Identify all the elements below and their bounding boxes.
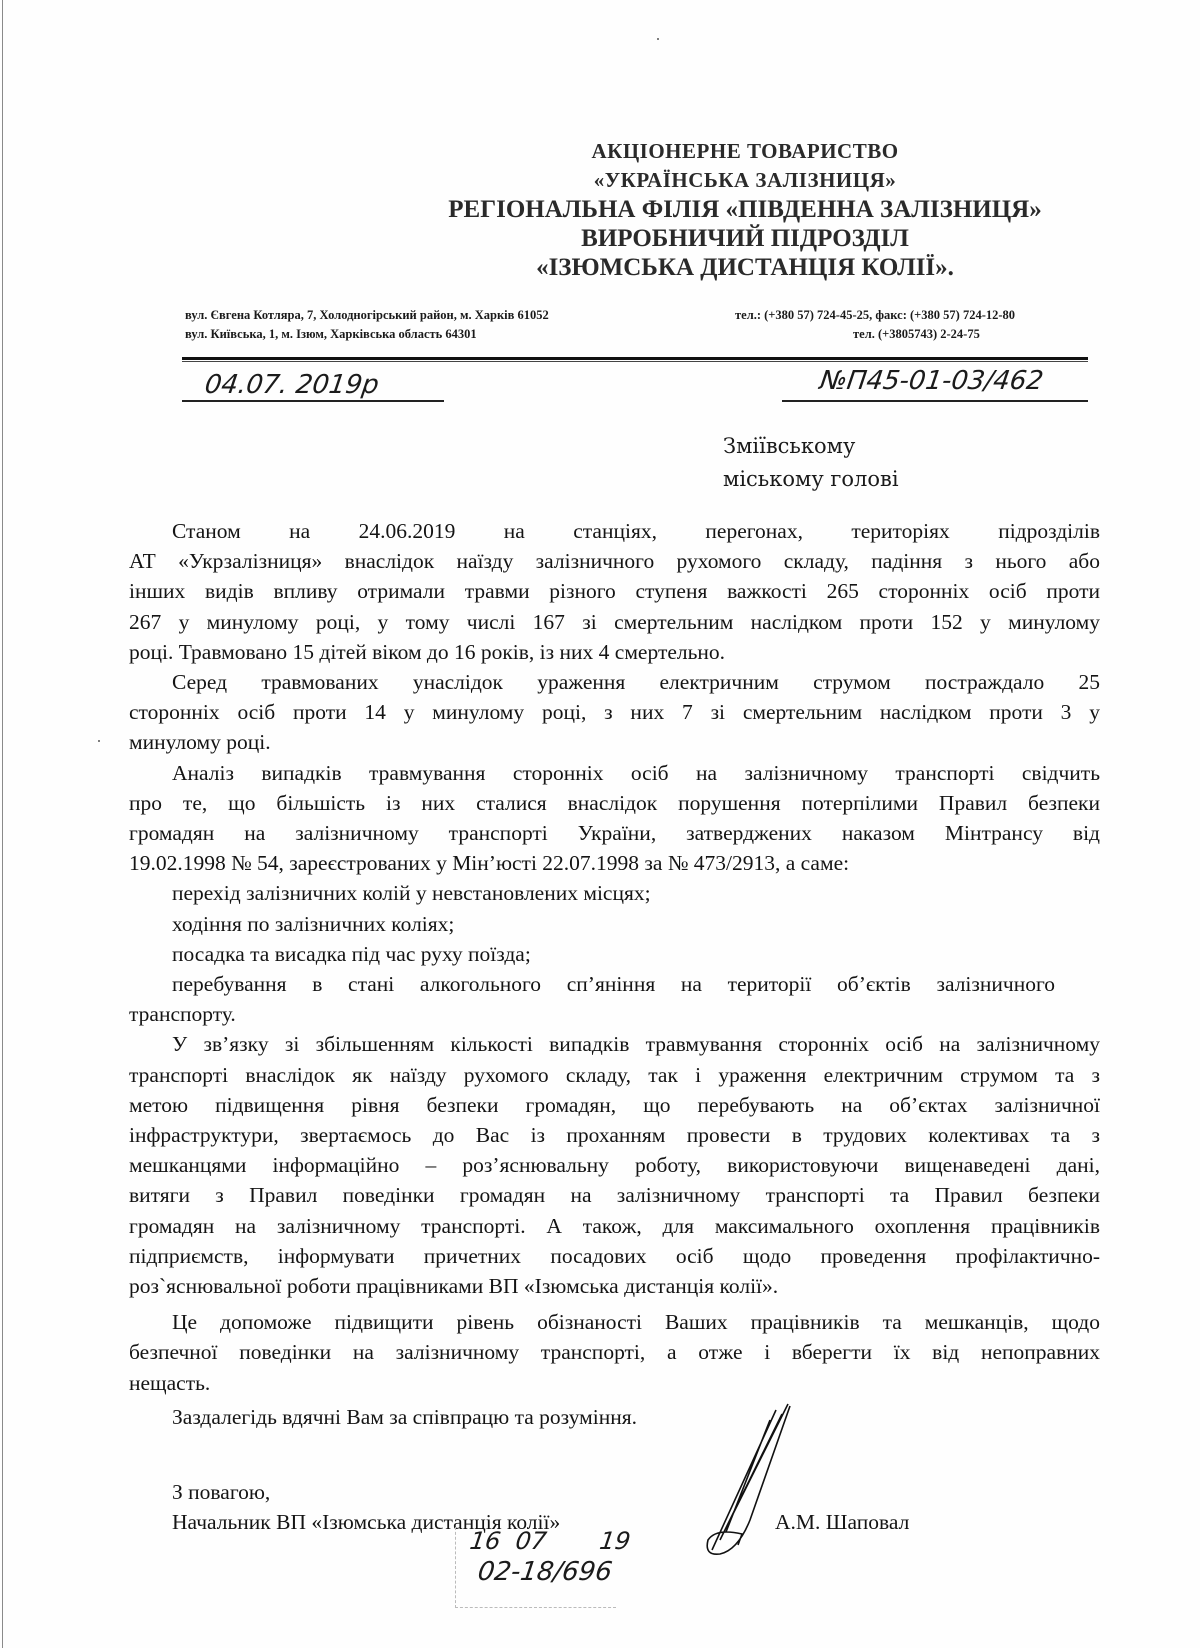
body-p4-line: підприємств, інформувати причетних посад… xyxy=(129,1241,1100,1271)
body-p3-line: громадян на залізничному транспорті Укра… xyxy=(129,818,1100,848)
phone-fax: тел.: (+380 57) 724-45-25, факс: (+380 5… xyxy=(735,308,1015,323)
letterhead-divider xyxy=(182,357,1088,360)
body-thanks: Заздалегідь вдячні Вам за співпрацю та р… xyxy=(172,1402,1100,1432)
address-kharkiv: вул. Євгена Котляра, 7, Холодногірський … xyxy=(185,308,549,323)
address-izium: вул. Київська, 1, м. Ізюм, Харківська об… xyxy=(185,327,477,342)
closing: З повагою, xyxy=(172,1480,270,1505)
violation-list-tail: транспорту. xyxy=(129,999,1100,1029)
body-p1-line: Станом на 24.06.2019 на станціях, перего… xyxy=(172,516,1100,546)
body-p4-line: громадян на залізничному транспорті. А т… xyxy=(129,1211,1100,1241)
body-p2-line: минулому році. xyxy=(129,727,1100,757)
body-p3-line: Аналіз випадків травмування сторонніх ос… xyxy=(172,758,1100,788)
number-underline xyxy=(782,400,1088,402)
body-p1-line: АТ «Укрзалізниця» внаслідок наїзду заліз… xyxy=(129,546,1100,576)
addressee-line-1: Зміївському xyxy=(723,430,899,463)
violation-list-item: посадка та висадка під час руху поїзда; xyxy=(172,939,1100,969)
letterhead: АКЦІОНЕРНЕ ТОВАРИСТВО «УКРАЇНСЬКА ЗАЛІЗН… xyxy=(400,137,1090,282)
addressee: Зміївському міському голові xyxy=(723,430,899,496)
handwritten-number: №П45-01-03/462 xyxy=(818,366,1045,396)
body-p3-line: 19.02.1998 № 54, зареєстрованих у Мін’юс… xyxy=(129,848,1100,878)
date-underline xyxy=(182,400,444,402)
violation-list-item: перебування в стані алкогольного сп’янін… xyxy=(172,969,1055,999)
letterhead-line-5: «ІЗЮМСЬКА ДИСТАНЦІЯ КОЛІЇ». xyxy=(400,253,1090,282)
letterhead-line-1: АКЦІОНЕРНЕ ТОВАРИСТВО xyxy=(400,137,1090,166)
body-p4-line: метою підвищення рівня безпеки громадян,… xyxy=(129,1090,1100,1120)
letterhead-divider-thin xyxy=(182,361,1088,362)
body-p5-line: Це допоможе підвищити рівень обізнаності… xyxy=(172,1307,1100,1337)
body-p4-line: транспорті внаслідок як наїзду рухомого … xyxy=(129,1060,1100,1090)
body-p1-line: році. Травмовано 15 дітей віком до 16 ро… xyxy=(129,637,1100,667)
violation-list-item: перехід залізничних колій у невстановлен… xyxy=(172,878,1100,908)
scan-speck xyxy=(98,740,100,742)
body-p3-line: про те, що більшість із них сталися внас… xyxy=(129,788,1100,818)
stamp-date: 16 07 19 xyxy=(468,1527,632,1555)
body-p1-line: 267 у минулому році, у тому числі 167 зі… xyxy=(129,607,1100,637)
body-p4-line: роз`яснювальної роботи працівниками ВП «… xyxy=(129,1271,1100,1301)
body-p4-line: інфраструктури, звертаємось до Вас із пр… xyxy=(129,1120,1100,1150)
body-p2-line: Серед травмованих унаслідок ураження еле… xyxy=(172,667,1100,697)
stamp-reg-number: 02-18/696 xyxy=(476,1557,614,1587)
scan-speck xyxy=(657,38,659,40)
body-p4-line: мешканцями інформаційно – роз’яснювальну… xyxy=(129,1150,1100,1180)
body-p5-line: нещасть. xyxy=(129,1368,1100,1398)
scan-edge xyxy=(2,0,3,1648)
letter-page: АКЦІОНЕРНЕ ТОВАРИСТВО «УКРАЇНСЬКА ЗАЛІЗН… xyxy=(0,0,1200,1648)
body-p4-line: витяги з Правил поведінки громадян на за… xyxy=(129,1180,1100,1210)
letter-body: Станом на 24.06.2019 на станціях, перего… xyxy=(180,516,1100,1432)
body-p2-line: сторонніх осіб проти 14 у минулому році,… xyxy=(129,697,1100,727)
letterhead-line-4: ВИРОБНИЧИЙ ПІДРОЗДІЛ xyxy=(400,224,1090,253)
handwritten-date: 04.07. 2019р xyxy=(203,370,381,400)
letterhead-line-2: «УКРАЇНСЬКА ЗАЛІЗНИЦЯ» xyxy=(400,166,1090,195)
handwritten-signature xyxy=(690,1400,800,1560)
addressee-line-2: міському голові xyxy=(723,463,899,496)
body-p5-line: безпечної поведінки на залізничному тран… xyxy=(129,1337,1100,1367)
violation-list-item: ходіння по залізничних коліях; xyxy=(172,909,1100,939)
letterhead-line-3: РЕГІОНАЛЬНА ФІЛІЯ «ПІВДЕННА ЗАЛІЗНИЦЯ» xyxy=(400,195,1090,224)
body-p1-line: інших видів впливу отримали травми різно… xyxy=(129,576,1100,606)
phone-izium: тел. (+3805743) 2-24-75 xyxy=(853,327,980,342)
body-p4-line: У зв’язку зі збільшенням кількості випад… xyxy=(172,1029,1100,1059)
